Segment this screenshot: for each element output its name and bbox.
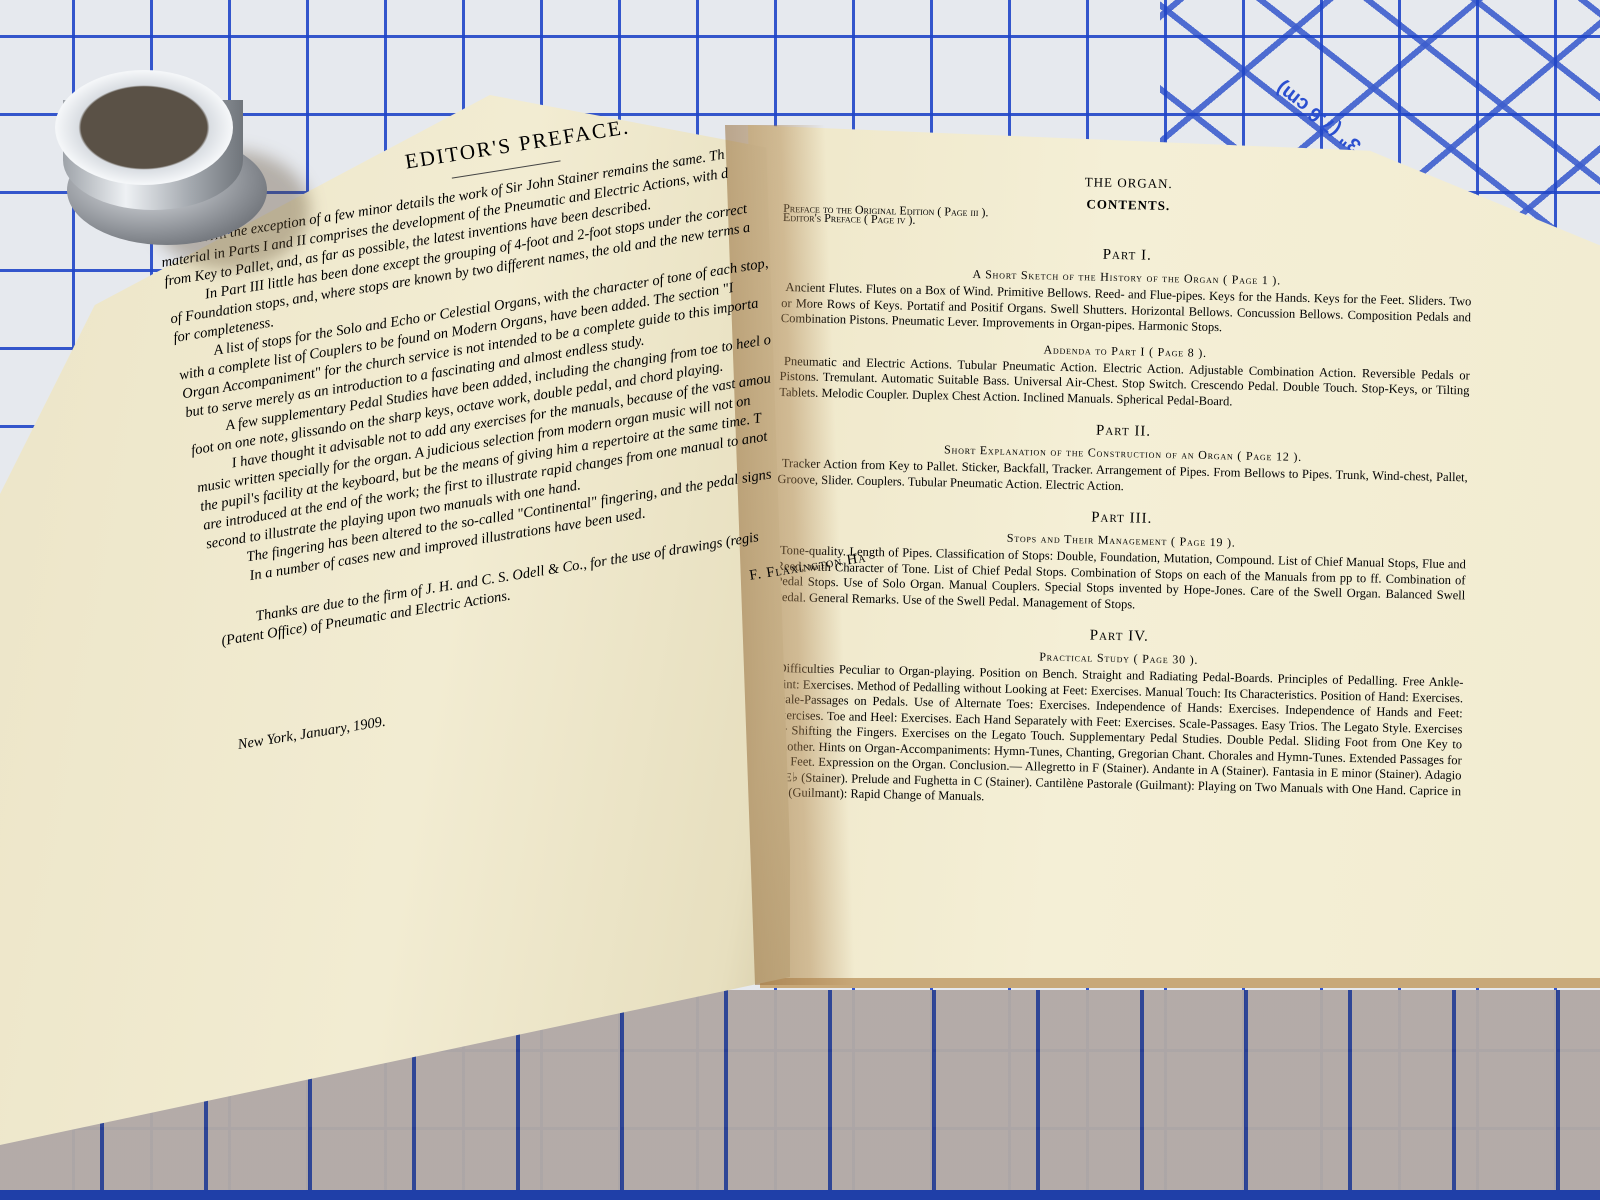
ring-top xyxy=(55,70,233,185)
part-3-body: Tone-quality. Length of Pipes. Classific… xyxy=(775,543,1466,619)
metal-ring-object xyxy=(55,70,270,245)
contents-page: THE ORGAN. CONTENTS. Preface to the Orig… xyxy=(771,168,1474,815)
part-4-body: Difficulties Peculiar to Organ-playing. … xyxy=(771,661,1464,815)
page-edges xyxy=(760,978,1600,988)
open-book: THE ORGAN. CONTENTS. Preface to the Orig… xyxy=(0,0,1600,1200)
